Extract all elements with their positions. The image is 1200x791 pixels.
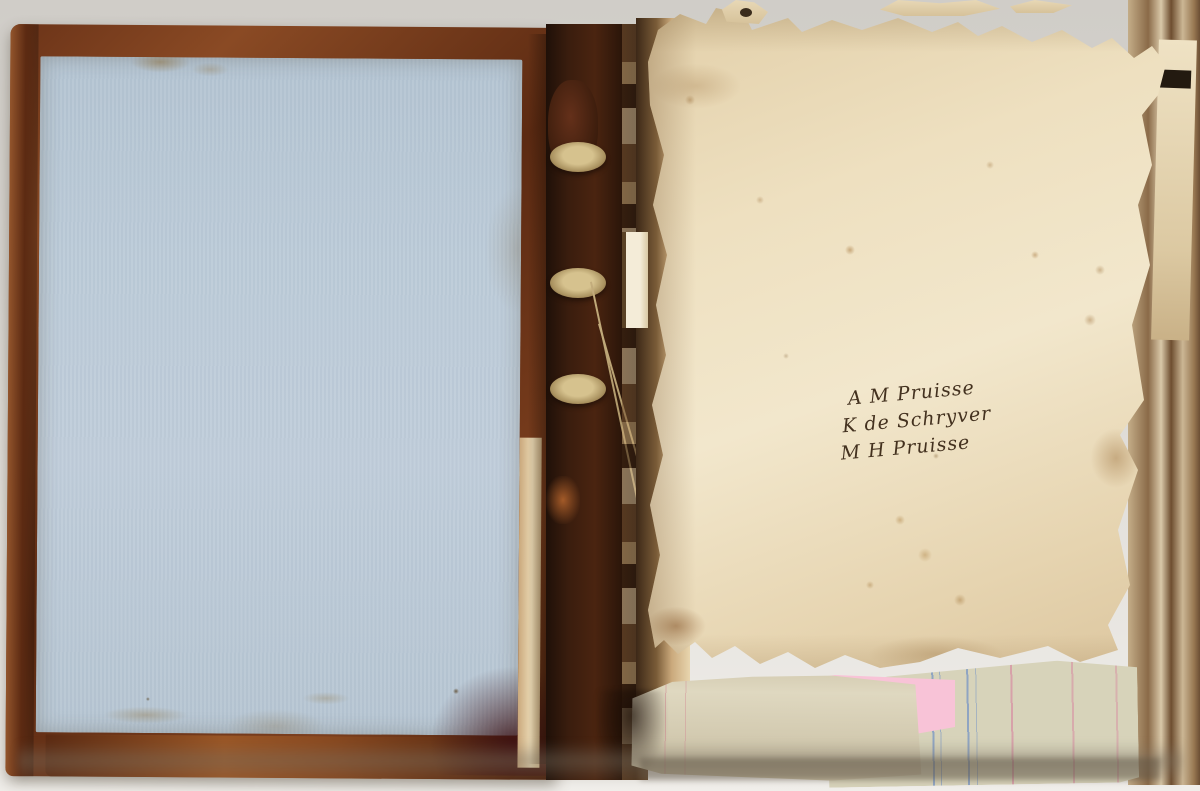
torn-fragment-top: [1010, 0, 1072, 13]
spine-wear-patch: [546, 476, 580, 524]
cover-leather-edge: [5, 24, 38, 776]
foxing-stains: [636, 6, 1180, 704]
sewing-cord-knot: [550, 268, 606, 298]
dark-spot: [740, 8, 752, 17]
worn-flyleaf-page: A M Pruisse K de Schryver M H Pruisse: [636, 6, 1180, 704]
blue-pastedown: [36, 56, 523, 735]
paper-fragment: [622, 232, 648, 328]
inside-front-cover: [5, 24, 562, 780]
torn-fragment-top: [880, 0, 1000, 16]
page-stack-shadow: [640, 758, 1160, 780]
handwritten-inscription: A M Pruisse K de Schryver M H Pruisse: [835, 369, 1041, 467]
photo-antique-book: A M Pruisse K de Schryver M H Pruisse: [0, 0, 1200, 791]
sewing-cord-knot: [550, 142, 606, 172]
book-spine: [546, 24, 648, 780]
sewing-cord-knot: [550, 374, 606, 404]
